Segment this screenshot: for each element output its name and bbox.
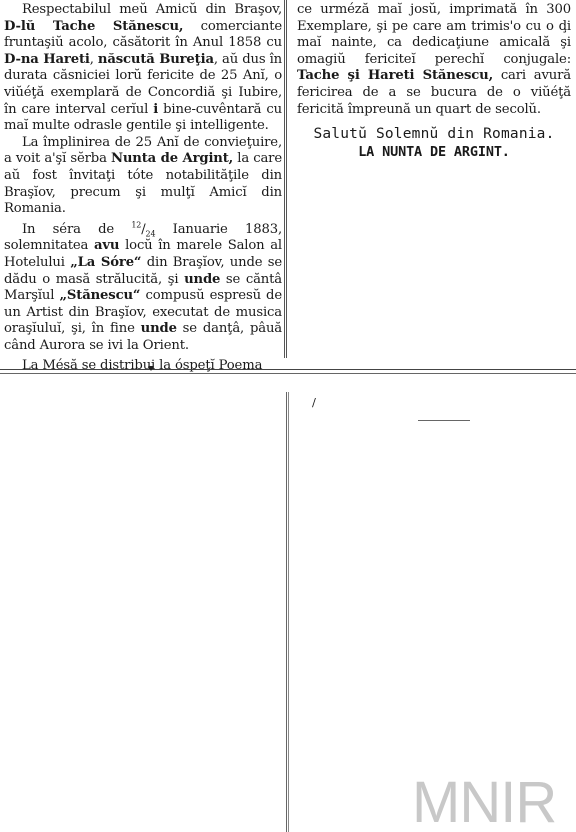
section-separator (0, 369, 576, 374)
text: , (90, 52, 98, 67)
separator-mark (148, 366, 154, 371)
frac-den: 24 (146, 229, 156, 238)
event-name: Nunta de Argint, (111, 151, 233, 166)
date-fraction: / (312, 395, 316, 409)
text: In séra de (22, 222, 131, 237)
dateline: / (312, 394, 573, 410)
maiden-name: născută Bureţia (98, 52, 214, 67)
march-name: „Stănescu“ (59, 288, 140, 303)
poem-bottom-left (56, 389, 281, 397)
couple-names: Tache şi Hareti Stănescu, (297, 68, 493, 83)
name-hareti: D-na Hareti (4, 52, 90, 67)
hotel-name: „La Sóre“ (70, 255, 141, 270)
column-divider-top (284, 0, 287, 358)
text: Respectabilul meŭ Amicŭ din Braşov, (22, 2, 282, 17)
text-bold: avu (94, 238, 119, 253)
name-tache-stanescu: D-lŭ Tache Stănescu, (4, 19, 183, 34)
article-column-right: ce urméză maĭ josŭ, imprimată în 300 Exe… (297, 2, 571, 160)
frac-num: 12 (131, 220, 141, 229)
end-rule (418, 420, 470, 421)
poem-top (346, 166, 571, 174)
newspaper-page: Respectabilul meŭ Amicŭ din Braşov, D-lŭ… (0, 0, 576, 832)
poem-bottom-right: / (348, 389, 573, 421)
poem-title: LA NUNTA DE ARGINT. (297, 144, 571, 161)
watermark-logo: MNIR (412, 774, 556, 832)
paragraph-5: ce urméză maĭ josŭ, imprimată în 300 Exe… (297, 2, 571, 118)
paragraph-2: La împlinirea de 25 Anĭ de convieţuire, … (4, 135, 282, 218)
text-bold: unde (184, 272, 220, 287)
paragraph-3: In séra de 12/24 Ianuarie 1883, solemnit… (4, 222, 282, 355)
text-bold: unde (141, 321, 177, 336)
text: ce urméză maĭ josŭ, imprimată în 300 Exe… (297, 2, 571, 67)
article-column-left: Respectabilul meŭ Amicŭ din Braşov, D-lŭ… (4, 2, 282, 379)
date-fraction: 12/24 (131, 222, 155, 237)
paragraph-1: Respectabilul meŭ Amicŭ din Braşov, D-lŭ… (4, 2, 282, 135)
column-divider-bottom (286, 392, 289, 832)
salutation-heading: Salutŭ Solemnŭ din Romania. (297, 126, 571, 143)
